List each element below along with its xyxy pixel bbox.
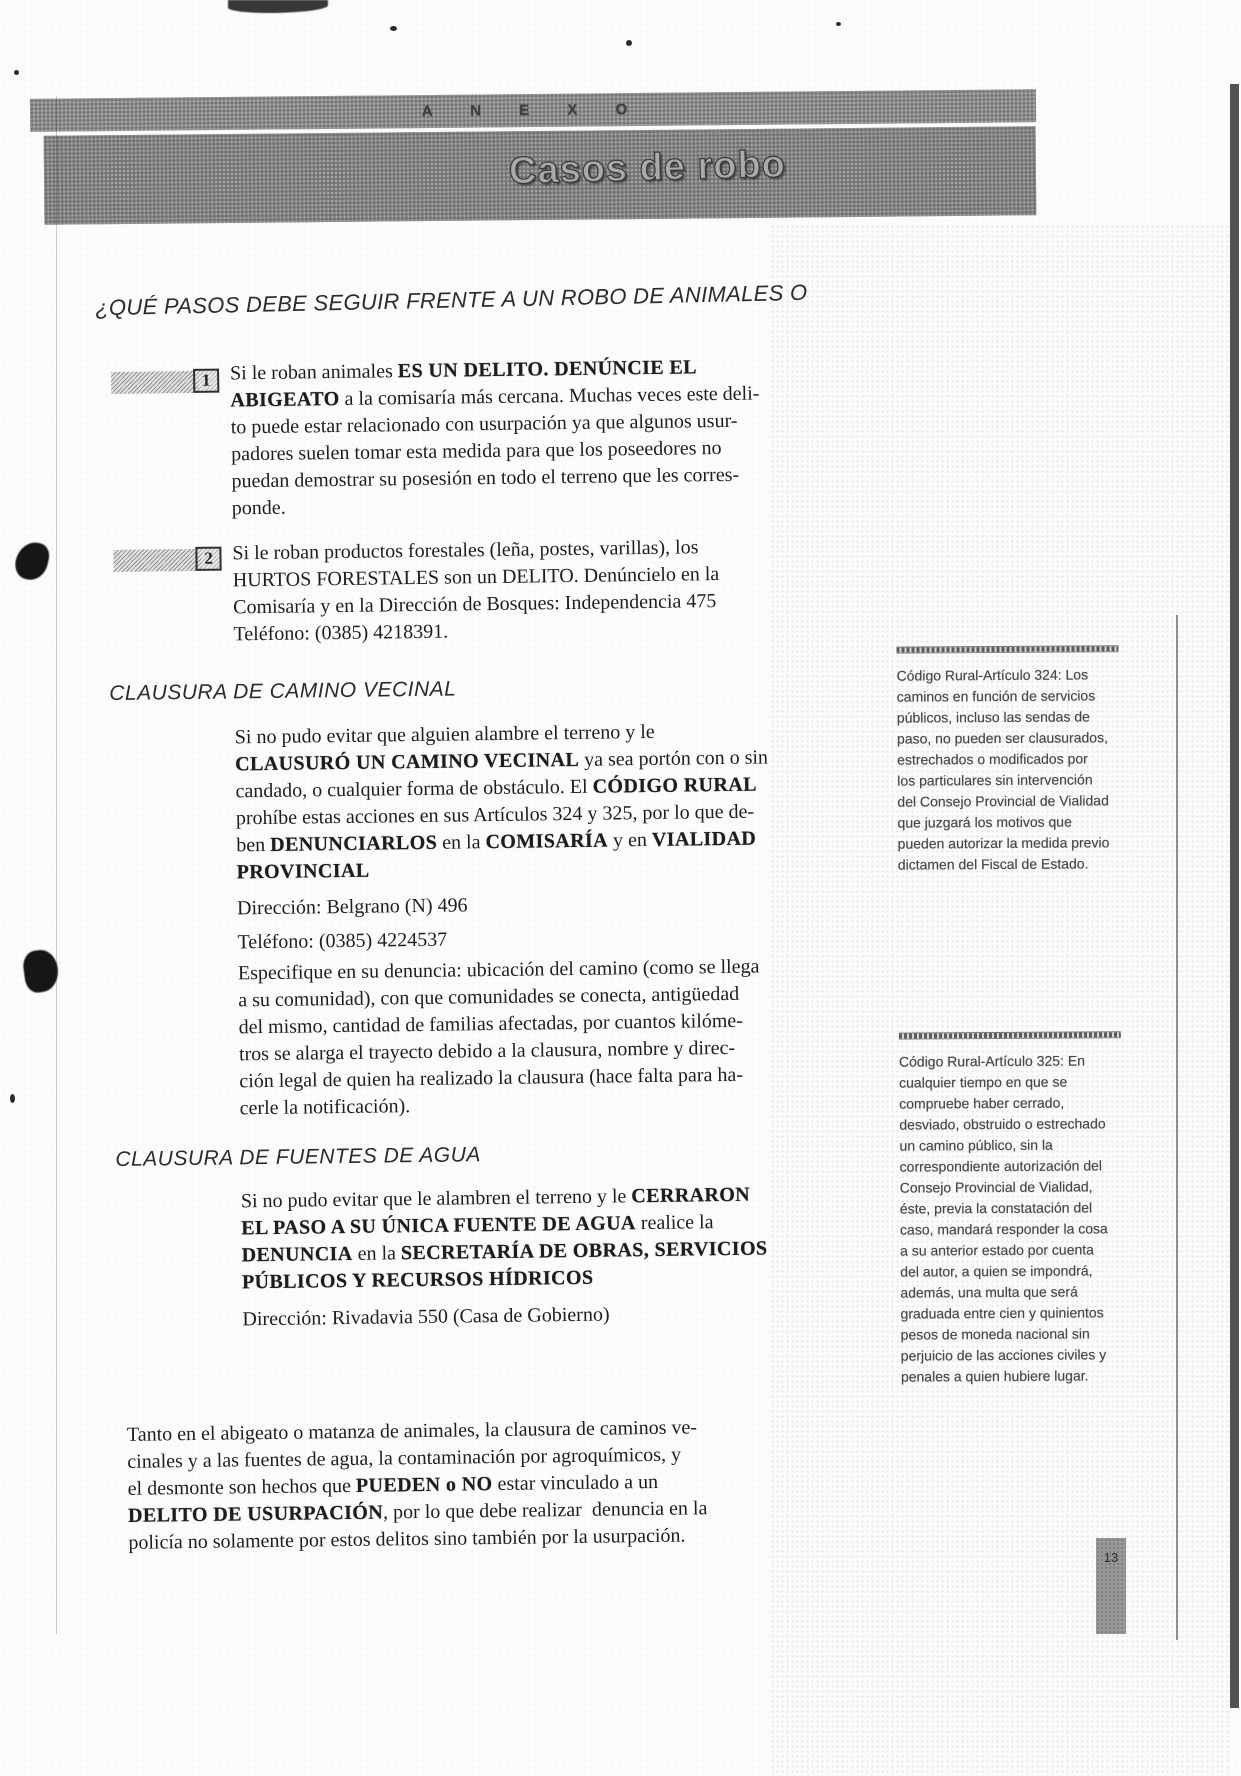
side-note-articulo-325: Código Rural-Artículo 325: En cualquier …: [899, 989, 1164, 1409]
dust-speck: [836, 22, 841, 26]
side-note-articulo-324: Código Rural-Artículo 324: Los caminos e…: [896, 603, 1160, 897]
scan-edge: [1230, 84, 1239, 1708]
dust-speck: [14, 70, 19, 75]
page-edge-line: [56, 96, 57, 1634]
zigzag-rule: [899, 1031, 1121, 1039]
dust-speck: [626, 40, 632, 46]
side-note-text: Código Rural-Artículo 325: En cualquier …: [899, 1052, 1108, 1384]
side-note-text: Código Rural-Artículo 324: Los caminos e…: [897, 666, 1110, 872]
dust-speck: [390, 26, 397, 31]
sidebar-column: Código Rural-Artículo 324: Los caminos e…: [0, 0, 1241, 1776]
page-number: 13: [1104, 1550, 1118, 1634]
zigzag-rule: [896, 645, 1118, 653]
page-number-strip: 13: [1096, 1538, 1126, 1634]
fold-line: [1176, 615, 1178, 1640]
scanned-page: A N E X O Casos de robo ¿QUÉ PASOS DEBE …: [0, 0, 1241, 1776]
dust-speck: [10, 1094, 15, 1103]
